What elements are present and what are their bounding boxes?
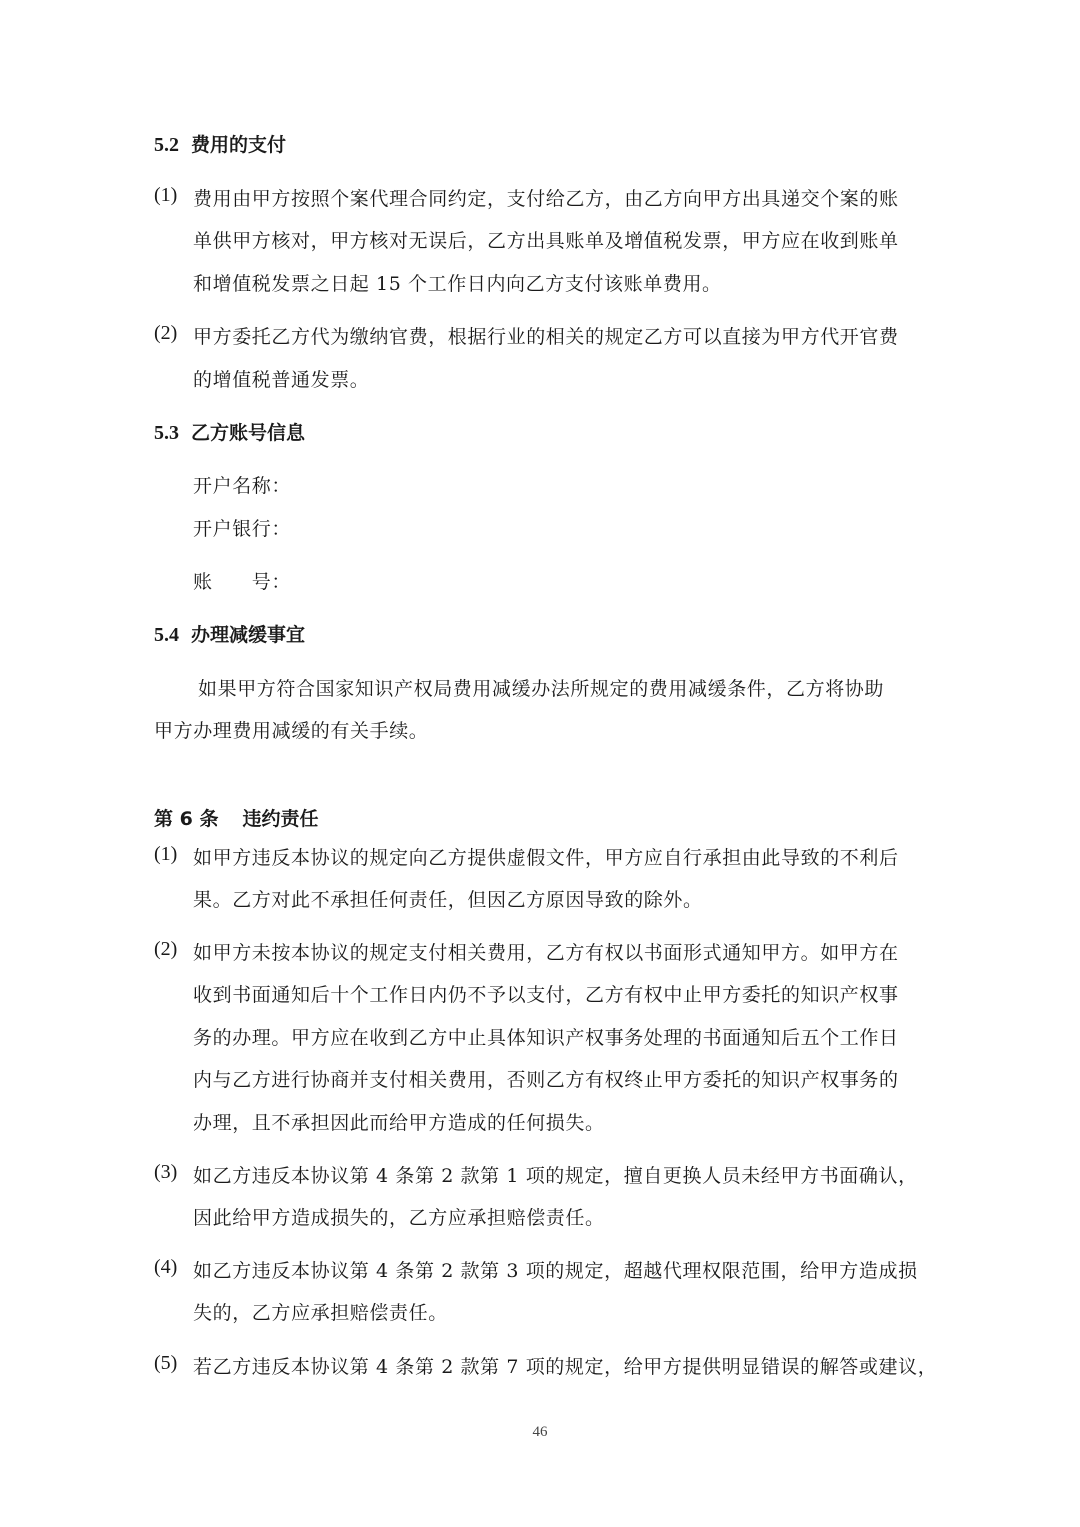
- bank-name-label: 开户银行：: [193, 514, 291, 541]
- clause-line: 失的，乙方应承担赔偿责任。: [193, 1298, 448, 1325]
- section-heading-5-2: 5.2费用的支付: [154, 130, 286, 157]
- clause-line: 和增值税发票之日起 15 个工作日内向乙方支付该账单费用。: [193, 269, 722, 296]
- clause-line: 如乙方违反本协议第 4 条第 2 款第 3 项的规定，超越代理权限范围，给甲方造…: [193, 1256, 918, 1283]
- section-title: 费用的支付: [191, 134, 286, 156]
- section-title: 乙方账号信息: [191, 422, 305, 444]
- clause-line: 的增值税普通发票。: [193, 365, 369, 392]
- clause-line: 甲方委托乙方代为缴纳官费，根据行业的相关的规定乙方可以直接为甲方代开官费: [193, 322, 899, 349]
- article-number: 第 6 条: [154, 808, 218, 830]
- section-heading-5-3: 5.3乙方账号信息: [154, 418, 305, 445]
- page-number: 46: [0, 1424, 1080, 1441]
- account-name-label: 开户名称：: [193, 471, 291, 498]
- section-number: 5.2: [154, 134, 179, 156]
- clause-line: 果。乙方对此不承担任何责任，但因乙方原因导致的除外。: [193, 885, 703, 912]
- section-number: 5.3: [154, 422, 179, 444]
- section-heading-5-4: 5.4办理减缓事宜: [154, 620, 305, 647]
- section-title: 办理减缓事宜: [191, 624, 305, 646]
- clause-label: (2): [154, 322, 177, 345]
- paragraph-line: 甲方办理费用减缓的有关手续。: [154, 716, 428, 743]
- clause-line: 如甲方未按本协议的规定支付相关费用，乙方有权以书面形式通知甲方。如甲方在: [193, 938, 899, 965]
- clause-line: 务的办理。甲方应在收到乙方中止具体知识产权事务处理的书面通知后五个工作日: [193, 1023, 899, 1050]
- paragraph-line: 如果甲方符合国家知识产权局费用减缓办法所规定的费用减缓条件，乙方将协助: [198, 674, 884, 701]
- clause-line: 办理，且不承担因此而给甲方造成的任何损失。: [193, 1108, 605, 1135]
- clause-line: 单供甲方核对，甲方核对无误后，乙方出具账单及增值税发票，甲方应在收到账单: [193, 226, 899, 253]
- document-page: 5.2费用的支付 (1) 费用由甲方按照个案代理合同约定，支付给乙方，由乙方向甲…: [0, 0, 1080, 1527]
- clause-line: 收到书面通知后十个工作日内仍不予以支付，乙方有权中止甲方委托的知识产权事: [193, 980, 899, 1007]
- clause-label: (3): [154, 1161, 177, 1184]
- clause-label: (1): [154, 843, 177, 866]
- clause-label: (2): [154, 938, 177, 961]
- clause-line: 如甲方违反本协议的规定向乙方提供虚假文件，甲方应自行承担由此导致的不利后: [193, 843, 899, 870]
- account-number-label: 账 号：: [193, 567, 291, 594]
- clause-label: (5): [154, 1352, 177, 1375]
- clause-label: (1): [154, 184, 177, 207]
- clause-line: 费用由甲方按照个案代理合同约定，支付给乙方，由乙方向甲方出具递交个案的账: [193, 184, 899, 211]
- clause-label: (4): [154, 1256, 177, 1279]
- article-heading-6: 第 6 条违约责任: [154, 804, 318, 831]
- clause-line: 若乙方违反本协议第 4 条第 2 款第 7 项的规定，给甲方提供明显错误的解答或…: [193, 1352, 937, 1379]
- clause-line: 如乙方违反本协议第 4 条第 2 款第 1 项的规定，擅自更换人员未经甲方书面确…: [193, 1161, 918, 1188]
- article-title: 违约责任: [242, 808, 318, 830]
- clause-line: 因此给甲方造成损失的，乙方应承担赔偿责任。: [193, 1203, 605, 1230]
- clause-line: 内与乙方进行协商并支付相关费用，否则乙方有权终止甲方委托的知识产权事务的: [193, 1065, 899, 1092]
- section-number: 5.4: [154, 624, 179, 646]
